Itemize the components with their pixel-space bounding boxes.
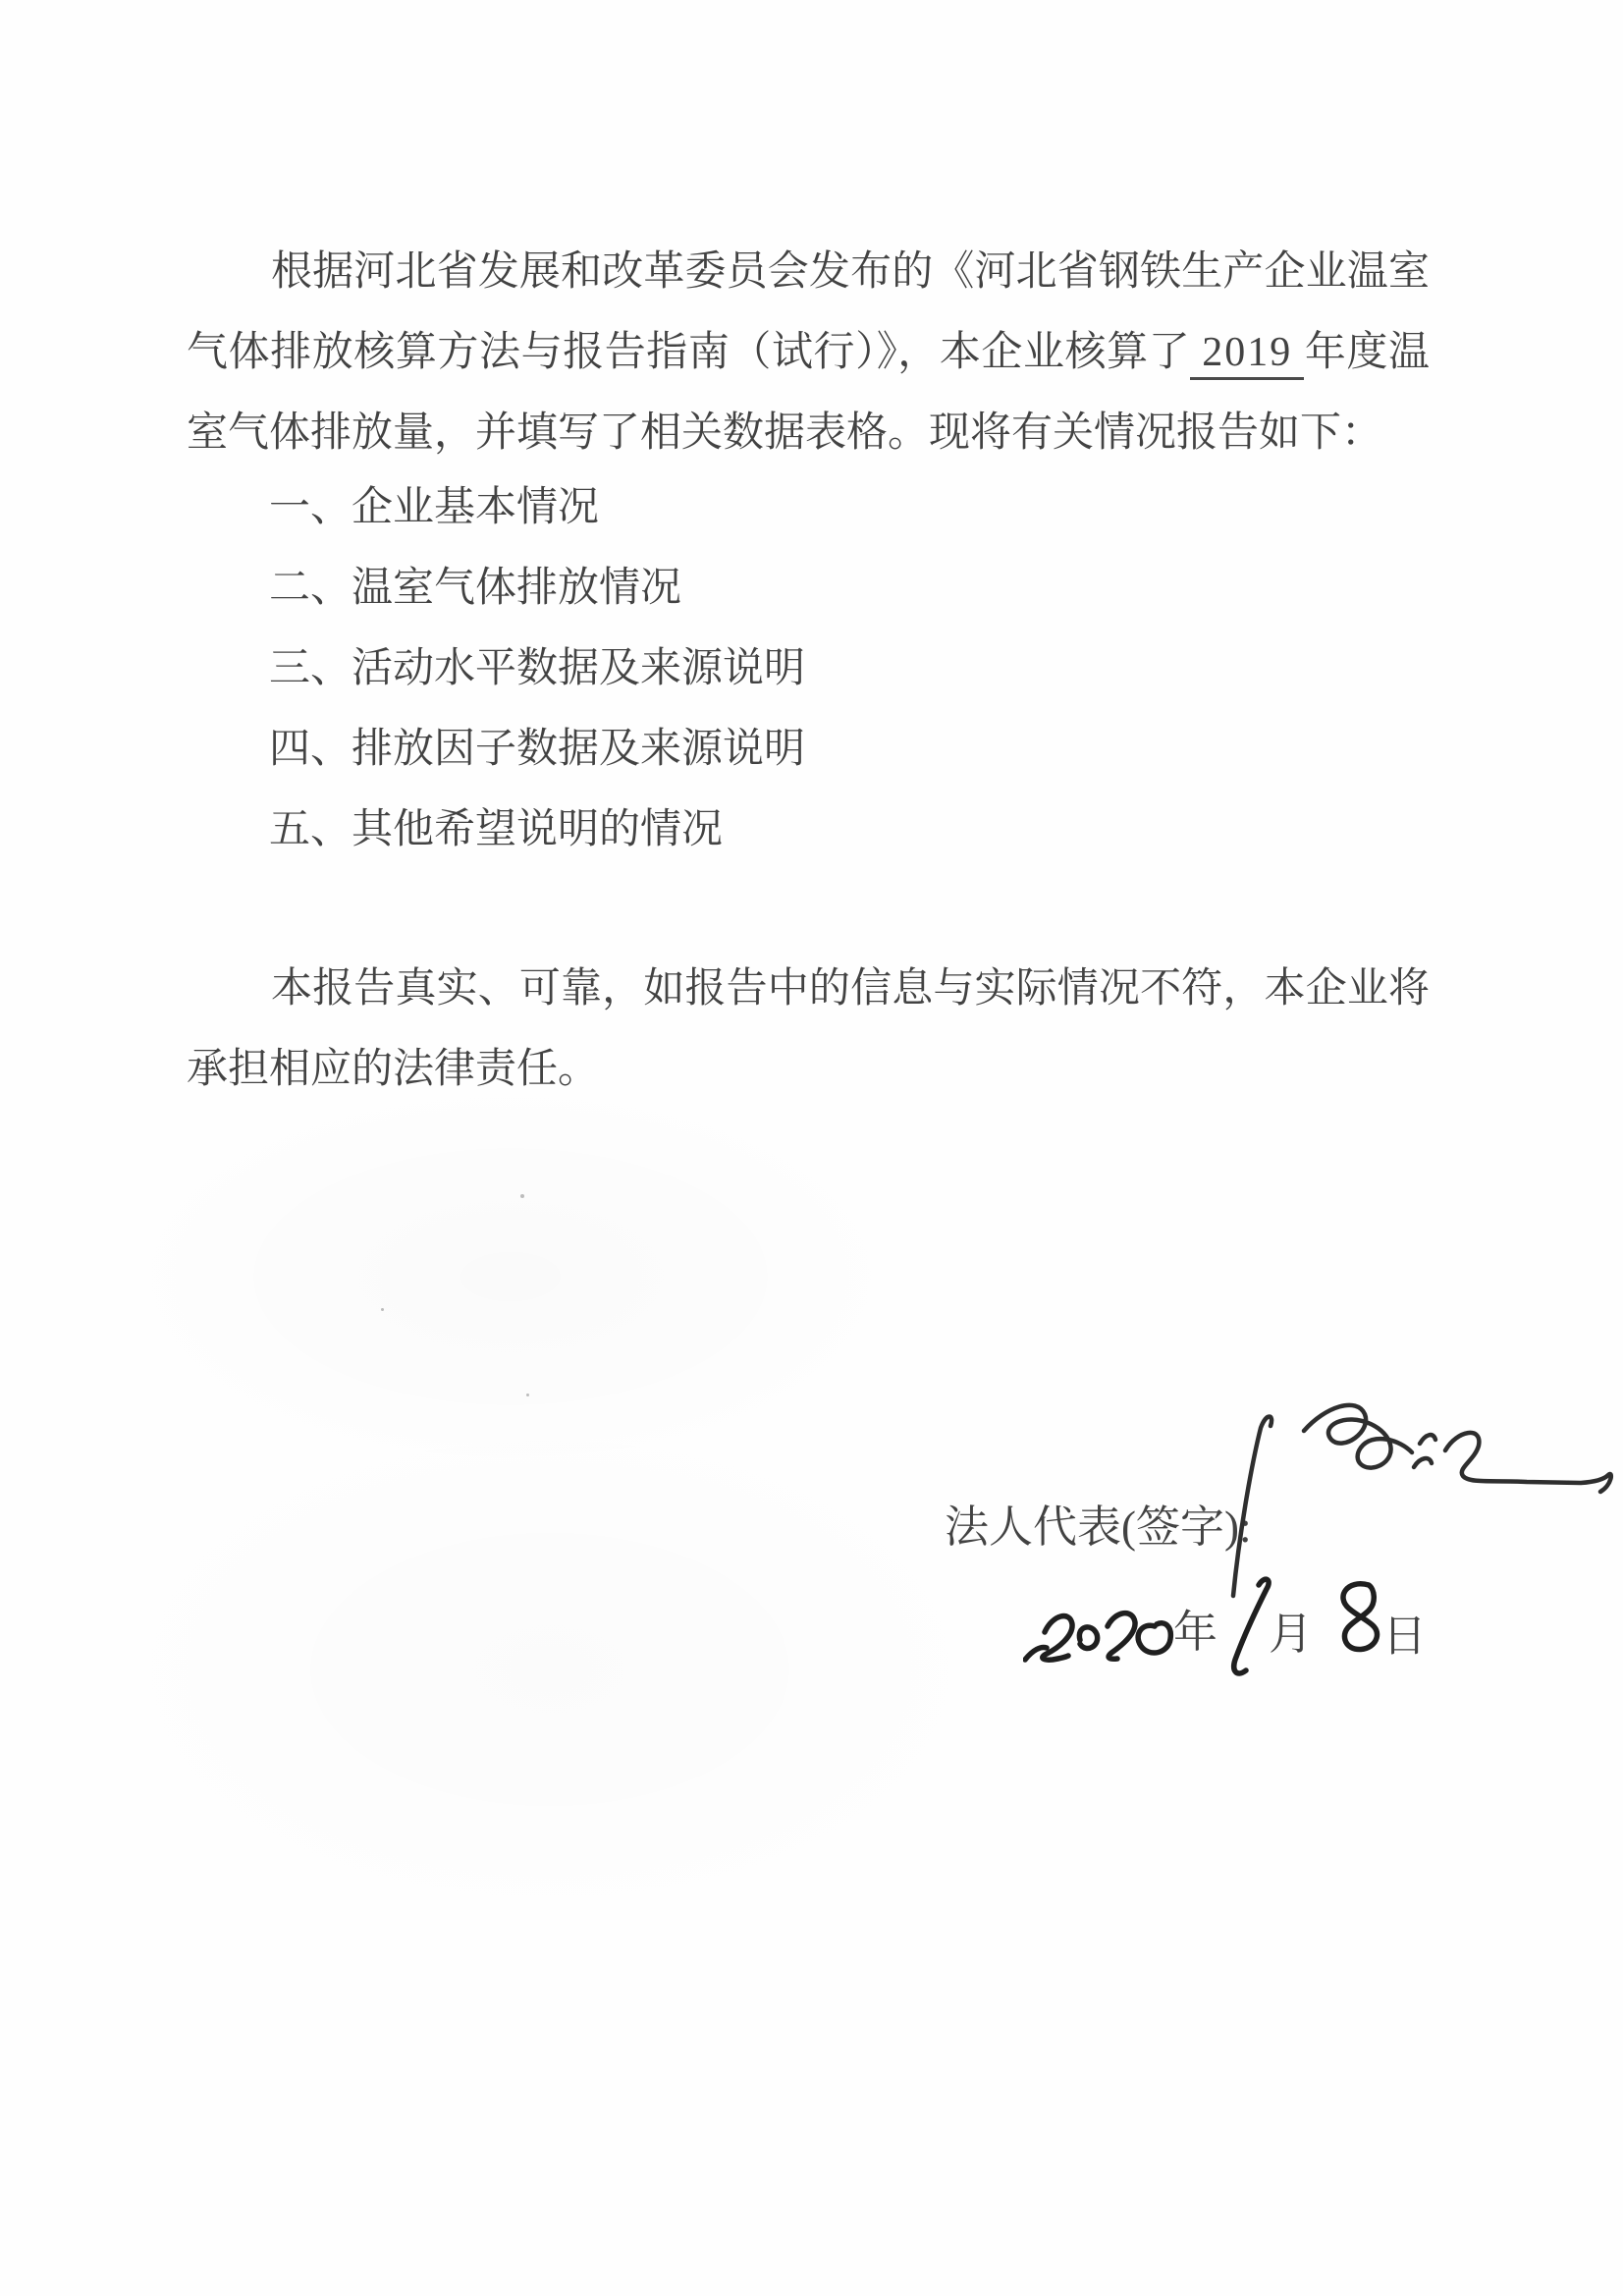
year-unit-label: 年 bbox=[1173, 1605, 1217, 1660]
handwritten-month bbox=[1219, 1571, 1274, 1685]
intro-line-2-post: 年度温 bbox=[1304, 330, 1430, 375]
scan-speck bbox=[381, 1308, 384, 1311]
toc-item-1: 一、企业基本情况 bbox=[269, 467, 805, 548]
toc-list: 一、企业基本情况 二、温室气体排放情况 三、活动水平数据及来源说明 四、排放因子… bbox=[269, 467, 805, 870]
signature-handwriting bbox=[1188, 1357, 1620, 1603]
intro-line-1: 根据河北省发展和改革委员会发布的《河北省钢铁生产企业温室 bbox=[187, 232, 1430, 312]
toc-item-5: 五、其他希望说明的情况 bbox=[269, 790, 805, 870]
paragraph-intro: 根据河北省发展和改革委员会发布的《河北省钢铁生产企业温室 气体排放核算方法与报告… bbox=[187, 232, 1430, 473]
declaration-line-2: 承担相应的法律责任。 bbox=[187, 1029, 1430, 1110]
declaration-line-1: 本报告真实、可靠，如报告中的信息与实际情况不符，本企业将 bbox=[187, 949, 1430, 1029]
month-unit-label: 月 bbox=[1269, 1607, 1313, 1662]
toc-item-2: 二、温室气体排放情况 bbox=[269, 548, 805, 629]
underlined-year: 2019 bbox=[1190, 330, 1304, 380]
intro-line-3: 室气体排放量，并填写了相关数据表格。现将有关情况报告如下： bbox=[187, 393, 1430, 473]
handwritten-day bbox=[1320, 1577, 1390, 1656]
scan-speck bbox=[520, 1194, 524, 1198]
intro-line-2-pre: 气体排放核算方法与报告指南（试行）》，本企业核算了 bbox=[187, 330, 1190, 375]
toc-item-3: 三、活动水平数据及来源说明 bbox=[269, 629, 805, 709]
day-unit-label: 日 bbox=[1382, 1609, 1427, 1664]
scan-speck bbox=[526, 1394, 529, 1396]
toc-item-4: 四、排放因子数据及来源说明 bbox=[269, 709, 805, 790]
intro-line-2: 气体排放核算方法与报告指南（试行）》，本企业核算了2019年度温 bbox=[187, 312, 1430, 393]
handwritten-year bbox=[1023, 1593, 1180, 1669]
scanned-report-page: 根据河北省发展和改革委员会发布的《河北省钢铁生产企业温室 气体排放核算方法与报告… bbox=[0, 0, 1623, 2296]
paragraph-declaration: 本报告真实、可靠，如报告中的信息与实际情况不符，本企业将 承担相应的法律责任。 bbox=[187, 949, 1430, 1110]
